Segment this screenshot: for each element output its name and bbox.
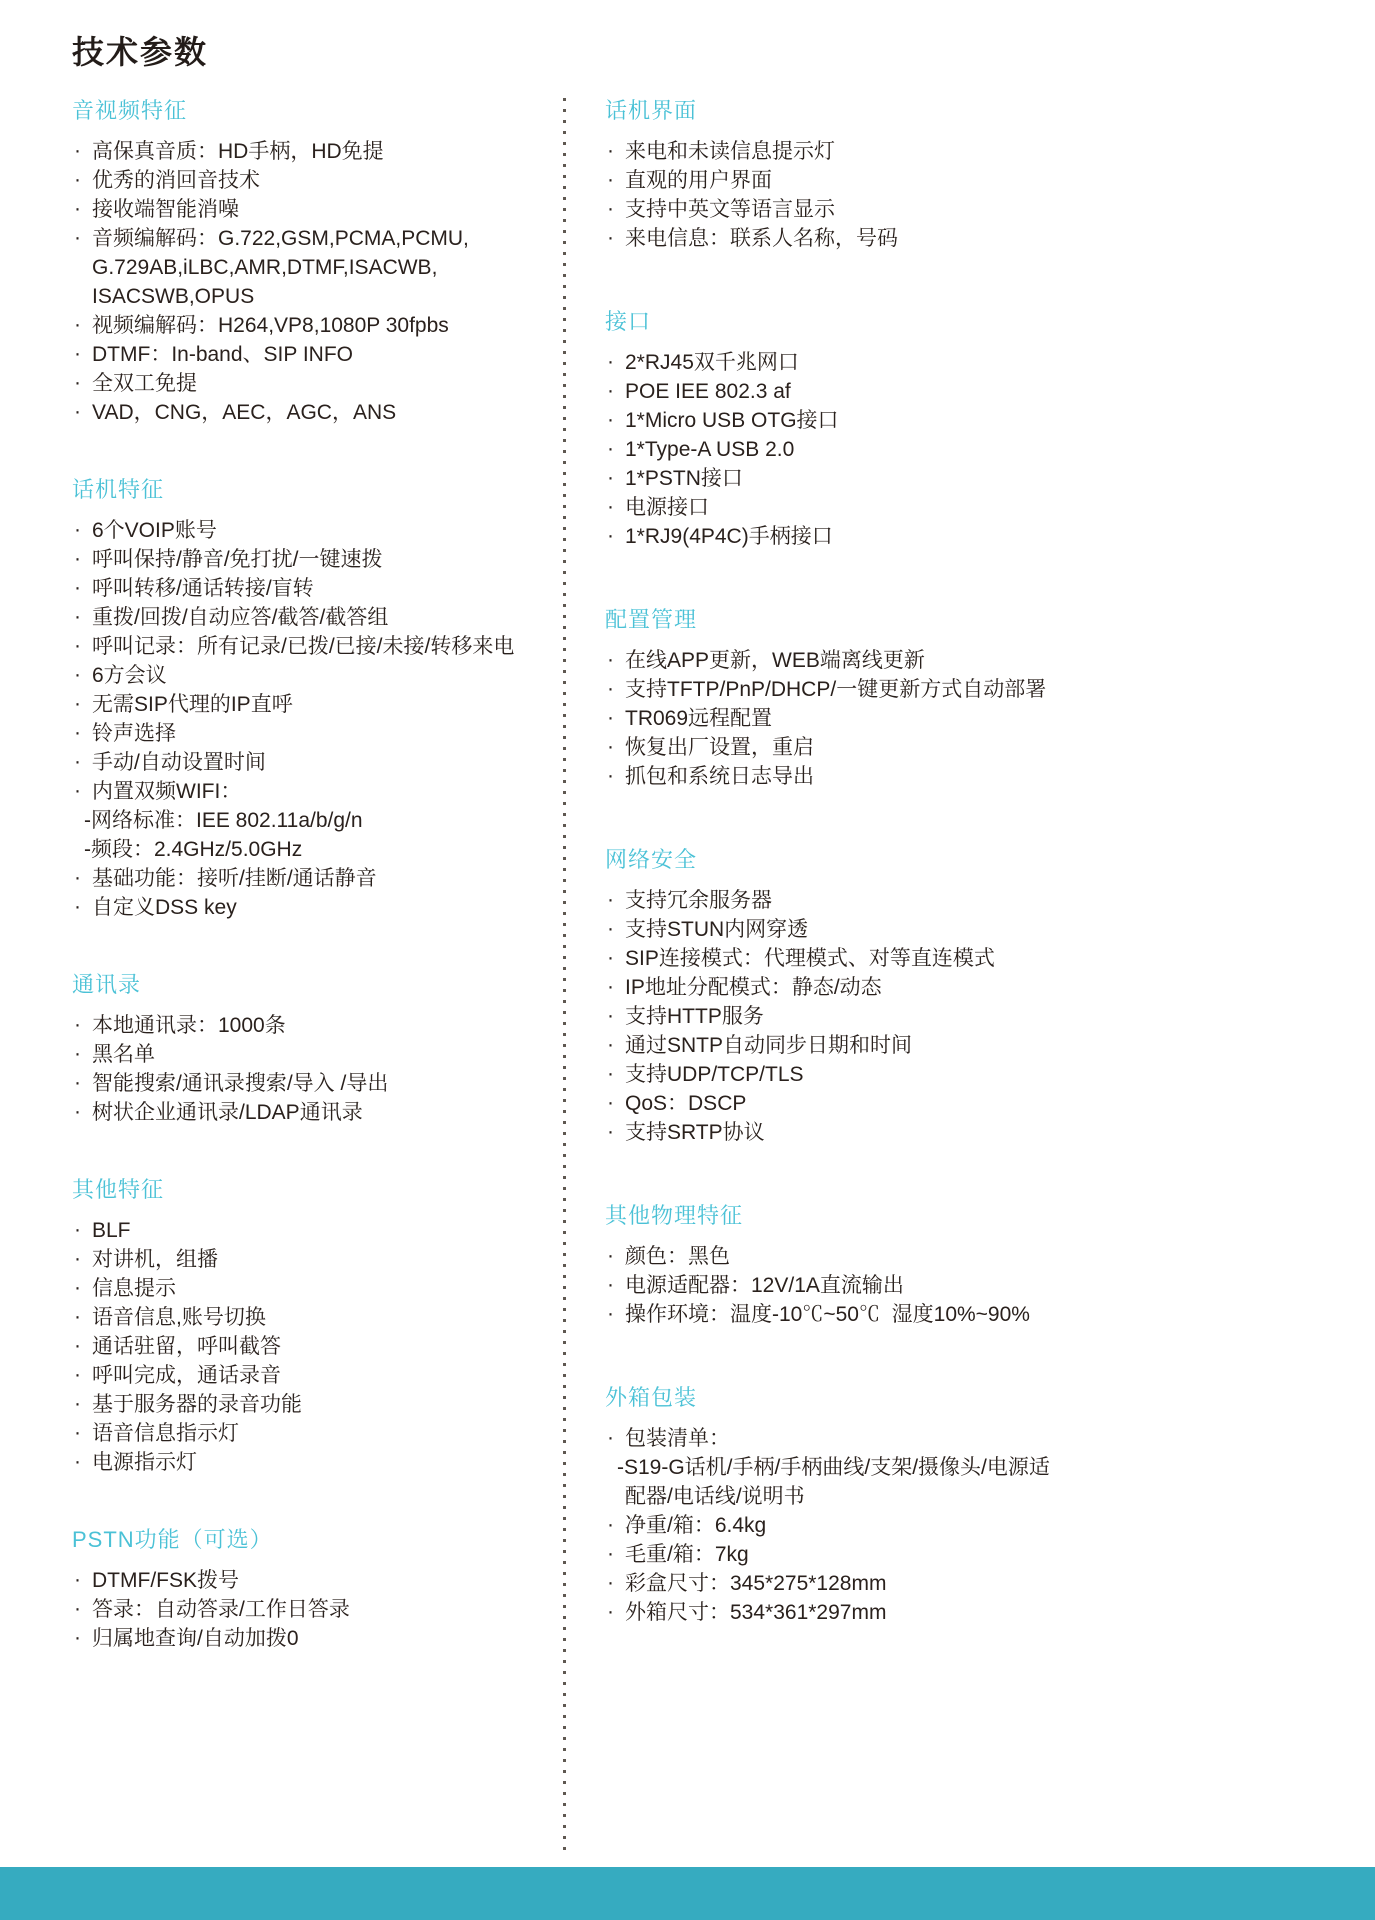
spec-line: ·DTMF/FSK拨号 — [72, 1566, 563, 1595]
spec-text: 呼叫转移/通话转接/盲转 — [92, 577, 314, 600]
bullet-icon: · — [607, 732, 614, 761]
section-title: 其他物理特征 — [605, 1201, 1295, 1231]
spec-text: 黑名单 — [92, 1043, 155, 1066]
spec-section: PSTN功能（可选）·DTMF/FSK拨号·答录：自动答录/工作日答录·归属地查… — [72, 1525, 563, 1653]
spec-line: ·颜色：黑色 — [605, 1242, 1295, 1271]
bullet-icon: · — [607, 1117, 614, 1146]
bullet-icon: · — [607, 434, 614, 463]
spec-line: ·DTMF：In-band、SIP INFO — [72, 340, 563, 369]
spec-text: 1*PSTN接口 — [625, 467, 743, 490]
bullet-icon: · — [74, 1623, 81, 1652]
spec-text: 1*RJ9(4P4C)手柄接口 — [625, 525, 833, 548]
spec-line: ·信息提示 — [72, 1274, 563, 1303]
spec-text: 智能搜索/通讯录搜索/导入 /导出 — [92, 1072, 388, 1095]
spec-text: 电源接口 — [625, 496, 709, 519]
spec-text: ISACSWB,OPUS — [92, 285, 254, 308]
spec-text: 语音信息,账号切换 — [92, 1306, 266, 1329]
bullet-icon: · — [607, 165, 614, 194]
bullet-icon: · — [607, 1510, 614, 1539]
spec-text: 归属地查询/自动加拨0 — [92, 1627, 299, 1650]
spec-text: TR069远程配置 — [625, 707, 772, 730]
bullet-icon: · — [74, 1039, 81, 1068]
footer-bar — [0, 1867, 1375, 1920]
spec-line: ·通话驻留，呼叫截答 — [72, 1332, 563, 1361]
spec-line: ·毛重/箱：7kg — [605, 1540, 1295, 1569]
bullet-icon: · — [74, 631, 81, 660]
spec-line: ·操作环境：温度-10℃~50℃ 湿度10%~90% — [605, 1300, 1295, 1329]
spec-line: ·呼叫记录：所有记录/已拨/已接/未接/转移来电 — [72, 632, 563, 661]
spec-text: 支持冗余服务器 — [625, 889, 772, 912]
spec-text: 支持中英文等语言显示 — [625, 198, 835, 221]
spec-line: ·支持中英文等语言显示 — [605, 195, 1295, 224]
spec-text: BLF — [92, 1219, 131, 1242]
bullet-icon: · — [74, 1068, 81, 1097]
spec-columns: 音视频特征·高保真音质：HD手柄，HD免提·优秀的消回音技术·接收端智能消噪·音… — [72, 96, 1375, 1850]
bullet-icon: · — [74, 544, 81, 573]
spec-line: ·直观的用户界面 — [605, 166, 1295, 195]
spec-line: ·支持TFTP/PnP/DHCP/一键更新方式自动部署 — [605, 675, 1295, 704]
bullet-icon: · — [607, 405, 614, 434]
spec-line: -频段：2.4GHz/5.0GHz — [72, 835, 563, 864]
spec-text: 重拨/回拨/自动应答/截答/截答组 — [92, 606, 388, 629]
spec-text: SIP连接模式：代理模式、对等直连模式 — [625, 947, 995, 970]
section-title: 外箱包装 — [605, 1383, 1295, 1413]
spec-text: 包装清单： — [625, 1427, 730, 1450]
spec-section: 其他特征·BLF·对讲机，组播·信息提示·语音信息,账号切换·通话驻留，呼叫截答… — [72, 1175, 563, 1477]
spec-line: ·电源适配器：12V/1A直流输出 — [605, 1271, 1295, 1300]
bullet-icon: · — [607, 1299, 614, 1328]
spec-text: 优秀的消回音技术 — [92, 169, 260, 192]
spec-line: ·1*Micro USB OTG接口 — [605, 406, 1295, 435]
spec-text: 语音信息指示灯 — [92, 1422, 239, 1445]
spec-text: DTMF：In-band、SIP INFO — [92, 343, 353, 366]
spec-text: 呼叫完成，通话录音 — [92, 1364, 281, 1387]
spec-section: 其他物理特征·颜色：黑色·电源适配器：12V/1A直流输出·操作环境：温度-10… — [605, 1201, 1295, 1329]
section-title: 通讯录 — [72, 970, 563, 1000]
bullet-icon: · — [74, 368, 81, 397]
spec-text: 本地通讯录：1000条 — [92, 1014, 286, 1037]
bullet-icon: · — [607, 1059, 614, 1088]
bullet-icon: · — [74, 718, 81, 747]
bullet-icon: · — [74, 223, 81, 252]
spec-text: 颜色：黑色 — [625, 1245, 730, 1268]
spec-line: ·电源接口 — [605, 493, 1295, 522]
spec-line: ·支持冗余服务器 — [605, 886, 1295, 915]
spec-text: IP地址分配模式：静态/动态 — [625, 976, 882, 999]
spec-text: 无需SIP代理的IP直呼 — [92, 693, 293, 716]
spec-section: 接口·2*RJ45双千兆网口·POE IEE 802.3 af·1*Micro … — [605, 307, 1295, 551]
spec-line: ·来电和未读信息提示灯 — [605, 137, 1295, 166]
spec-text: 答录：自动答录/工作日答录 — [92, 1598, 350, 1621]
spec-line: ·优秀的消回音技术 — [72, 166, 563, 195]
spec-text: 支持TFTP/PnP/DHCP/一键更新方式自动部署 — [625, 678, 1046, 701]
bullet-icon: · — [74, 1215, 81, 1244]
spec-text: 直观的用户界面 — [625, 169, 772, 192]
spec-section: 配置管理·在线APP更新，WEB端离线更新·支持TFTP/PnP/DHCP/一键… — [605, 605, 1295, 791]
bullet-icon: · — [607, 1423, 614, 1452]
bullet-icon: · — [607, 885, 614, 914]
bullet-icon: · — [74, 1302, 81, 1331]
bullet-icon: · — [74, 892, 81, 921]
section-title: 话机特征 — [72, 475, 563, 505]
spec-line: ·呼叫转移/通话转接/盲转 — [72, 574, 563, 603]
bullet-icon: · — [607, 1030, 614, 1059]
spec-line: ·音频编解码：G.722,GSM,PCMA,PCMU, — [72, 224, 563, 253]
bullet-icon: · — [607, 1241, 614, 1270]
spec-line: ·黑名单 — [72, 1040, 563, 1069]
bullet-icon: · — [74, 1097, 81, 1126]
spec-text: 视频编解码：H264,VP8,1080P 30fpbs — [92, 314, 449, 337]
spec-text: 内置双频WIFI： — [92, 780, 241, 803]
bullet-icon: · — [74, 310, 81, 339]
bullet-icon: · — [607, 223, 614, 252]
spec-text: 树状企业通讯录/LDAP通讯录 — [92, 1101, 363, 1124]
bullet-icon: · — [74, 1565, 81, 1594]
spec-line: -S19-G话机/手柄/手柄曲线/支架/摄像头/电源适 — [605, 1453, 1295, 1482]
bullet-icon: · — [607, 1597, 614, 1626]
section-title: 音视频特征 — [72, 96, 563, 126]
spec-text: 操作环境：温度-10℃~50℃ 湿度10%~90% — [625, 1303, 1030, 1326]
spec-text: 高保真音质：HD手柄，HD免提 — [92, 140, 384, 163]
spec-section: 通讯录·本地通讯录：1000条·黑名单·智能搜索/通讯录搜索/导入 /导出·树状… — [72, 970, 563, 1127]
spec-text: 通话驻留，呼叫截答 — [92, 1335, 281, 1358]
bullet-icon: · — [74, 602, 81, 631]
spec-line: ·支持HTTP服务 — [605, 1002, 1295, 1031]
spec-text: POE IEE 802.3 af — [625, 380, 791, 403]
spec-line: ·高保真音质：HD手柄，HD免提 — [72, 137, 563, 166]
section-title: PSTN功能（可选） — [72, 1525, 563, 1555]
spec-text: 6个VOIP账号 — [92, 519, 217, 542]
spec-line: ·视频编解码：H264,VP8,1080P 30fpbs — [72, 311, 563, 340]
spec-text: 恢复出厂设置，重启 — [625, 736, 814, 759]
spec-line: ·包装清单： — [605, 1424, 1295, 1453]
bullet-icon: · — [607, 136, 614, 165]
spec-line: ·答录：自动答录/工作日答录 — [72, 1595, 563, 1624]
section-title: 配置管理 — [605, 605, 1295, 635]
spec-text: G.729AB,iLBC,AMR,DTMF,ISACWB, — [92, 256, 437, 279]
bullet-icon: · — [74, 136, 81, 165]
bullet-icon: · — [607, 521, 614, 550]
spec-text: 净重/箱：6.4kg — [625, 1514, 766, 1537]
spec-text: 1*Type-A USB 2.0 — [625, 438, 794, 461]
bullet-icon: · — [607, 1001, 614, 1030]
bullet-icon: · — [607, 347, 614, 376]
spec-text: 抓包和系统日志导出 — [625, 765, 814, 788]
bullet-icon: · — [74, 1360, 81, 1389]
spec-line: ·1*Type-A USB 2.0 — [605, 435, 1295, 464]
spec-line: ·VAD，CNG，AEC，AGC，ANS — [72, 398, 563, 427]
spec-line: ·IP地址分配模式：静态/动态 — [605, 973, 1295, 1002]
spec-text: 全双工免提 — [92, 372, 197, 395]
section-title: 接口 — [605, 307, 1295, 337]
spec-text: 电源指示灯 — [92, 1451, 197, 1474]
spec-line: ·支持SRTP协议 — [605, 1118, 1295, 1147]
spec-text: 配器/电话线/说明书 — [625, 1485, 805, 1508]
bullet-icon: · — [607, 1088, 614, 1117]
bullet-icon: · — [607, 703, 614, 732]
spec-line: ·净重/箱：6.4kg — [605, 1511, 1295, 1540]
bullet-icon: · — [74, 1273, 81, 1302]
bullet-icon: · — [74, 1010, 81, 1039]
bullet-icon: · — [607, 194, 614, 223]
spec-line: ISACSWB,OPUS — [72, 282, 563, 311]
bullet-icon: · — [74, 165, 81, 194]
spec-section: 网络安全·支持冗余服务器·支持STUN内网穿透·SIP连接模式：代理模式、对等直… — [605, 845, 1295, 1147]
spec-text: 来电信息：联系人名称，号码 — [625, 227, 898, 250]
spec-line: ·全双工免提 — [72, 369, 563, 398]
section-title: 网络安全 — [605, 845, 1295, 875]
spec-line: ·QoS：DSCP — [605, 1089, 1295, 1118]
spec-text: -S19-G话机/手柄/手柄曲线/支架/摄像头/电源适 — [617, 1456, 1050, 1479]
bullet-icon: · — [74, 339, 81, 368]
spec-text: 毛重/箱：7kg — [625, 1543, 749, 1566]
spec-line: ·树状企业通讯录/LDAP通讯录 — [72, 1098, 563, 1127]
spec-line: ·在线APP更新，WEB端离线更新 — [605, 646, 1295, 675]
spec-text: 对讲机，组播 — [92, 1248, 218, 1271]
spec-line: ·呼叫保持/静音/免打扰/一键速拨 — [72, 545, 563, 574]
bullet-icon: · — [607, 463, 614, 492]
bullet-icon: · — [74, 1418, 81, 1447]
bullet-icon: · — [74, 1594, 81, 1623]
spec-line: 配器/电话线/说明书 — [605, 1482, 1295, 1511]
spec-text: 铃声选择 — [92, 722, 176, 745]
spec-line: ·对讲机，组播 — [72, 1245, 563, 1274]
spec-line: ·SIP连接模式：代理模式、对等直连模式 — [605, 944, 1295, 973]
spec-line: ·呼叫完成，通话录音 — [72, 1361, 563, 1390]
spec-line: ·重拨/回拨/自动应答/截答/截答组 — [72, 603, 563, 632]
spec-line: ·恢复出厂设置，重启 — [605, 733, 1295, 762]
spec-text: 彩盒尺寸：345*275*128mm — [625, 1572, 886, 1595]
spec-text: 支持UDP/TCP/TLS — [625, 1063, 804, 1086]
spec-line: ·来电信息：联系人名称，号码 — [605, 224, 1295, 253]
bullet-icon: · — [607, 943, 614, 972]
spec-text: 在线APP更新，WEB端离线更新 — [625, 649, 925, 672]
spec-line: ·无需SIP代理的IP直呼 — [72, 690, 563, 719]
bullet-icon: · — [607, 492, 614, 521]
section-title: 话机界面 — [605, 96, 1295, 126]
bullet-icon: · — [74, 689, 81, 718]
spec-line: ·外箱尺寸：534*361*297mm — [605, 1598, 1295, 1627]
spec-line: ·接收端智能消噪 — [72, 195, 563, 224]
spec-line: ·6个VOIP账号 — [72, 516, 563, 545]
spec-line: ·本地通讯录：1000条 — [72, 1011, 563, 1040]
bullet-icon: · — [607, 1270, 614, 1299]
bullet-icon: · — [74, 194, 81, 223]
spec-text: -网络标准：IEE 802.11a/b/g/n — [84, 809, 363, 832]
bullet-icon: · — [607, 914, 614, 943]
spec-section: 音视频特征·高保真音质：HD手柄，HD免提·优秀的消回音技术·接收端智能消噪·音… — [72, 96, 563, 427]
bullet-icon: · — [607, 674, 614, 703]
spec-line: ·归属地查询/自动加拨0 — [72, 1624, 563, 1653]
spec-text: 2*RJ45双千兆网口 — [625, 351, 799, 374]
bullet-icon: · — [607, 1539, 614, 1568]
spec-line: -网络标准：IEE 802.11a/b/g/n — [72, 806, 563, 835]
spec-line: G.729AB,iLBC,AMR,DTMF,ISACWB, — [72, 253, 563, 282]
spec-text: 电源适配器：12V/1A直流输出 — [625, 1274, 904, 1297]
bullet-icon: · — [607, 645, 614, 674]
spec-line: ·2*RJ45双千兆网口 — [605, 348, 1295, 377]
spec-line: ·6方会议 — [72, 661, 563, 690]
bullet-icon: · — [74, 660, 81, 689]
left-column: 音视频特征·高保真音质：HD手柄，HD免提·优秀的消回音技术·接收端智能消噪·音… — [72, 96, 563, 1701]
spec-line: ·语音信息,账号切换 — [72, 1303, 563, 1332]
spec-text: -频段：2.4GHz/5.0GHz — [84, 838, 302, 861]
spec-line: ·智能搜索/通讯录搜索/导入 /导出 — [72, 1069, 563, 1098]
bullet-icon: · — [74, 397, 81, 426]
spec-text: 手动/自动设置时间 — [92, 751, 266, 774]
bullet-icon: · — [74, 863, 81, 892]
spec-line: ·彩盒尺寸：345*275*128mm — [605, 1569, 1295, 1598]
bullet-icon: · — [607, 376, 614, 405]
spec-text: 通过SNTP自动同步日期和时间 — [625, 1034, 912, 1057]
bullet-icon: · — [74, 515, 81, 544]
spec-line: ·内置双频WIFI： — [72, 777, 563, 806]
spec-section: 话机界面·来电和未读信息提示灯·直观的用户界面·支持中英文等语言显示·来电信息：… — [605, 96, 1295, 253]
spec-line: ·手动/自动设置时间 — [72, 748, 563, 777]
spec-line: ·铃声选择 — [72, 719, 563, 748]
spec-line: ·语音信息指示灯 — [72, 1419, 563, 1448]
bullet-icon: · — [74, 1244, 81, 1273]
bullet-icon: · — [74, 776, 81, 805]
section-title: 其他特征 — [72, 1175, 563, 1205]
spec-line: ·POE IEE 802.3 af — [605, 377, 1295, 406]
spec-line: ·自定义DSS key — [72, 893, 563, 922]
spec-line: ·电源指示灯 — [72, 1448, 563, 1477]
bullet-icon: · — [607, 761, 614, 790]
spec-text: 支持HTTP服务 — [625, 1005, 764, 1028]
bullet-icon: · — [74, 1447, 81, 1476]
spec-line: ·1*RJ9(4P4C)手柄接口 — [605, 522, 1295, 551]
spec-line: ·支持STUN内网穿透 — [605, 915, 1295, 944]
right-column: 话机界面·来电和未读信息提示灯·直观的用户界面·支持中英文等语言显示·来电信息：… — [605, 96, 1295, 1681]
spec-text: 呼叫记录：所有记录/已拨/已接/未接/转移来电 — [92, 635, 514, 658]
spec-line: ·BLF — [72, 1216, 563, 1245]
spec-text: VAD，CNG，AEC，AGC，ANS — [92, 401, 396, 424]
spec-line: ·TR069远程配置 — [605, 704, 1295, 733]
spec-line: ·基础功能：接听/挂断/通话静音 — [72, 864, 563, 893]
spec-text: 支持STUN内网穿透 — [625, 918, 808, 941]
spec-text: 基础功能：接听/挂断/通话静音 — [92, 867, 377, 890]
spec-page: 技术参数 音视频特征·高保真音质：HD手柄，HD免提·优秀的消回音技术·接收端智… — [0, 0, 1375, 1920]
bullet-icon: · — [74, 573, 81, 602]
spec-text: 外箱尺寸：534*361*297mm — [625, 1601, 886, 1624]
page-title: 技术参数 — [72, 34, 1375, 70]
spec-text: 呼叫保持/静音/免打扰/一键速拨 — [92, 548, 383, 571]
spec-line: ·1*PSTN接口 — [605, 464, 1295, 493]
bullet-icon: · — [74, 747, 81, 776]
spec-text: 接收端智能消噪 — [92, 198, 239, 221]
spec-line: ·抓包和系统日志导出 — [605, 762, 1295, 791]
spec-line: ·通过SNTP自动同步日期和时间 — [605, 1031, 1295, 1060]
spec-text: 支持SRTP协议 — [625, 1121, 765, 1144]
spec-line: ·基于服务器的录音功能 — [72, 1390, 563, 1419]
column-divider — [563, 98, 566, 1850]
spec-text: 来电和未读信息提示灯 — [625, 140, 835, 163]
spec-text: 自定义DSS key — [92, 896, 237, 919]
spec-text: 基于服务器的录音功能 — [92, 1393, 302, 1416]
spec-text: DTMF/FSK拨号 — [92, 1569, 239, 1592]
spec-text: 1*Micro USB OTG接口 — [625, 409, 839, 432]
spec-text: 6方会议 — [92, 664, 167, 687]
bullet-icon: · — [607, 972, 614, 1001]
bullet-icon: · — [607, 1568, 614, 1597]
spec-section: 外箱包装·包装清单：-S19-G话机/手柄/手柄曲线/支架/摄像头/电源适配器/… — [605, 1383, 1295, 1627]
spec-text: QoS：DSCP — [625, 1092, 746, 1115]
spec-section: 话机特征·6个VOIP账号·呼叫保持/静音/免打扰/一键速拨·呼叫转移/通话转接… — [72, 475, 563, 922]
spec-line: ·支持UDP/TCP/TLS — [605, 1060, 1295, 1089]
bullet-icon: · — [74, 1331, 81, 1360]
bullet-icon: · — [74, 1389, 81, 1418]
spec-text: 音频编解码：G.722,GSM,PCMA,PCMU, — [92, 227, 469, 250]
spec-text: 信息提示 — [92, 1277, 176, 1300]
